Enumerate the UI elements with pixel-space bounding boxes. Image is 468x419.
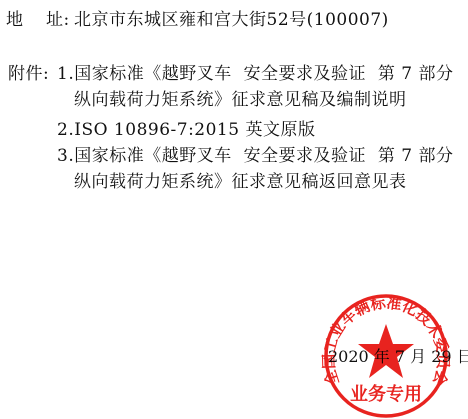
- attachment-item-1-line2: 纵向载荷力矩系统》征求意见稿及编制说明: [74, 89, 407, 111]
- attachment-text: 国家标准《越野叉车 安全要求及验证 第 7 部分: [74, 64, 453, 84]
- attachment-item-3-line1: 3.国家标准《越野叉车 安全要求及验证 第 7 部分: [57, 145, 453, 167]
- address-label: 地址:: [6, 9, 70, 31]
- attachment-item-2: 2.ISO 10896-7:2015 英文原版: [57, 119, 315, 141]
- attachment-number: 2.: [57, 120, 74, 140]
- star-icon: [358, 324, 414, 378]
- address-value: 北京市东城区雍和宫大街52号(100007): [74, 9, 389, 31]
- official-seal: 全国工业车辆标准化技术委员会 业务专用: [316, 288, 456, 418]
- attachment-text: 国家标准《越野叉车 安全要求及验证 第 7 部分: [74, 146, 453, 166]
- attachments-label: 附件:: [8, 63, 49, 85]
- attachment-item-1-line1: 1.国家标准《越野叉车 安全要求及验证 第 7 部分: [57, 63, 453, 85]
- seal-bottom-text: 业务专用: [350, 383, 422, 405]
- attachment-text: ISO 10896-7:2015 英文原版: [74, 120, 315, 140]
- attachment-number: 3.: [57, 146, 74, 166]
- attachment-number: 1.: [57, 64, 74, 84]
- attachment-item-3-line2: 纵向载荷力矩系统》征求意见稿返回意见表: [74, 171, 407, 193]
- address-label-char1: 地: [6, 9, 46, 31]
- address-label-char2: 址:: [46, 10, 70, 30]
